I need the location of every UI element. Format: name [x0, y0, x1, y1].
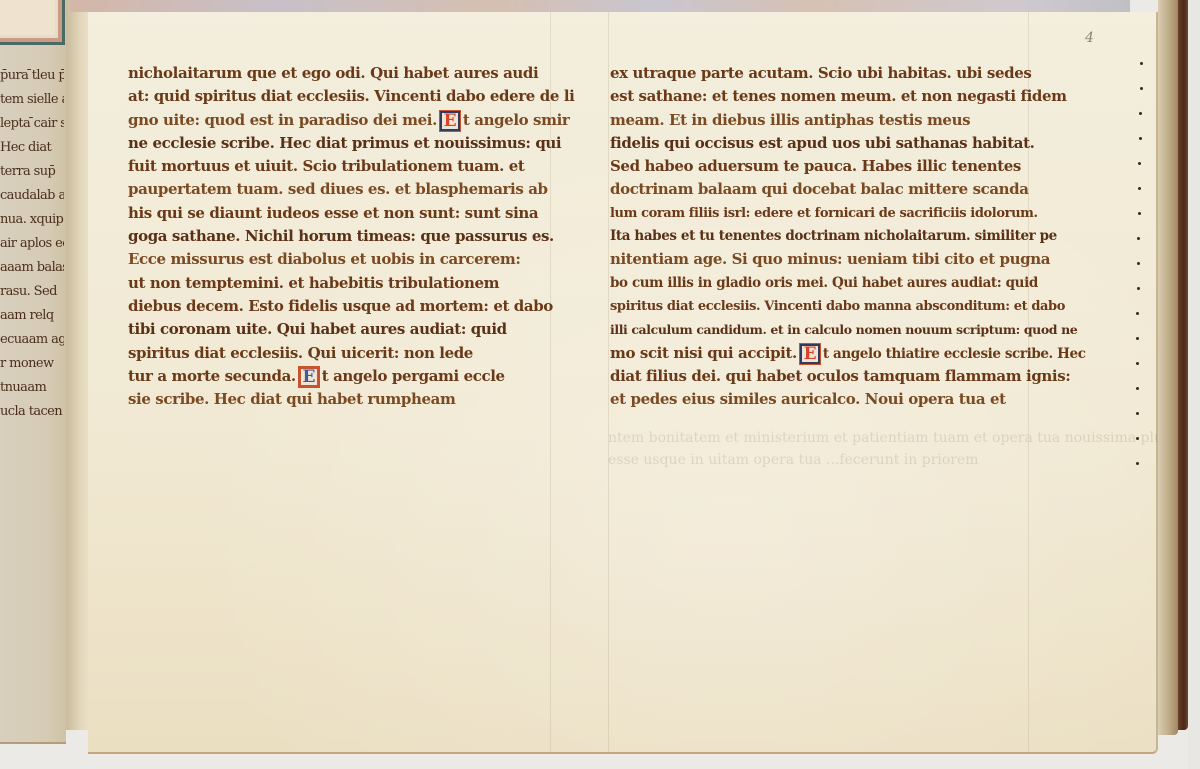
- pricking-hole: [1136, 412, 1139, 415]
- text-line: fidelis qui occisus est apud uos ubi sat…: [610, 132, 1030, 155]
- text-line: his qui se diaunt iudeos esse et non sun…: [128, 202, 568, 225]
- show-through-text: esse usque in uitam opera tua ...fecerun…: [608, 452, 979, 468]
- left-line: aaam balas: [0, 256, 64, 280]
- text-line: gno uite: quod est in paradiso dei mei.E…: [128, 109, 568, 132]
- text-line: est sathane: et tenes nomen meum. et non…: [610, 85, 1030, 108]
- text-column-b: ex utraque parte acutam. Scio ubi habita…: [610, 62, 1030, 411]
- left-line: tnuaam: [0, 376, 64, 400]
- text-line: nitentiam age. Si quo minus: ueniam tibi…: [610, 248, 1030, 271]
- text-line: Sed habeo aduersum te pauca. Habes illic…: [610, 155, 1030, 178]
- left-line: lepta ̄cair sue.: [0, 112, 64, 136]
- text-line: spiritus diat ecclesiis. Vincenti dabo m…: [610, 295, 1030, 318]
- pricking-hole: [1136, 337, 1139, 340]
- pricking-hole: [1140, 62, 1143, 65]
- text-line: ex utraque parte acutam. Scio ubi habita…: [610, 62, 1030, 85]
- pricking-hole: [1137, 287, 1140, 290]
- text-line: ne ecclesie scribe. Hec diat primus et n…: [128, 132, 568, 155]
- text-line: spiritus diat ecclesiis. Qui uicerit: no…: [128, 342, 568, 365]
- text-line-segment: tur a morte secunda.: [128, 367, 296, 385]
- leather-cover-edge: [1178, 0, 1188, 730]
- pricking-hole: [1138, 212, 1141, 215]
- pricking-hole: [1136, 462, 1139, 465]
- text-line: meam. Et in diebus illis antiphas testis…: [610, 109, 1030, 132]
- text-line: at: quid spiritus diat ecclesiis. Vincen…: [128, 85, 568, 108]
- left-line: ecuaam ag.: [0, 328, 64, 352]
- pricking-hole: [1138, 187, 1141, 190]
- text-line: ut non temptemini. et habebitis tribulat…: [128, 272, 568, 295]
- text-line-segment: t angelo pergami eccle: [322, 367, 505, 385]
- text-line: fuit mortuus et uiuit. Scio tribulatione…: [128, 155, 568, 178]
- text-line: diebus decem. Esto fidelis usque ad mort…: [128, 295, 568, 318]
- text-line: diat filius dei. qui habet oculos tamqua…: [610, 365, 1030, 388]
- text-line: bo cum illis in gladio oris mei. Qui hab…: [610, 272, 1030, 295]
- text-line: Ita habes et tu tenentes doctrinam nicho…: [610, 225, 1030, 248]
- text-line: lum coram filiis isrl: edere et fornicar…: [610, 202, 1030, 225]
- text-line: tibi coronam uite. Qui habet aures audia…: [128, 318, 568, 341]
- pricking-hole: [1136, 437, 1139, 440]
- leaf-edges-top: [70, 0, 1130, 12]
- left-line: nua. xquip: [0, 208, 64, 232]
- pricking-hole: [1138, 162, 1141, 165]
- book-gutter: [66, 0, 90, 730]
- text-line: doctrinam balaam qui docebat balac mitte…: [610, 178, 1030, 201]
- pricking-hole: [1140, 87, 1143, 90]
- text-line: goga sathane. Nichil horum timeas: que p…: [128, 225, 568, 248]
- left-page-illumination-corner: [0, 0, 65, 45]
- pricking-hole: [1139, 137, 1142, 140]
- pricking-hole: [1136, 312, 1139, 315]
- pricking-hole: [1136, 362, 1139, 365]
- left-page: p̄ura ̄tleu p̄ tem sielle au lepta ̄cair…: [0, 0, 66, 744]
- text-line-segment: gno uite: quod est in paradiso dei mei.: [128, 111, 437, 129]
- left-line: rasu. Sed: [0, 280, 64, 304]
- pricking-hole: [1137, 262, 1140, 265]
- left-line: Hec diat: [0, 136, 64, 160]
- left-line: ucla tacen: [0, 400, 64, 424]
- text-line: Ecce missurus est diabolus et uobis in c…: [128, 248, 568, 271]
- text-line: et pedes eius similes auricalco. Noui op…: [610, 388, 1030, 411]
- text-line-segment: t angelo thiatire ecclesie scribe. Hec: [823, 346, 1086, 362]
- left-line: tem sielle au: [0, 88, 64, 112]
- pricking-hole: [1137, 237, 1140, 240]
- text-column-a: nicholaitarum que et ego odi. Qui habet …: [128, 62, 568, 411]
- left-line: p̄ura ̄tleu p̄: [0, 64, 64, 88]
- left-line: terra sup̄: [0, 160, 64, 184]
- left-line: aam relq: [0, 304, 64, 328]
- text-line: illi calculum candidum. et in calculo no…: [610, 318, 1030, 341]
- decorated-initial-e: E: [799, 343, 821, 365]
- folio-number: 4: [1085, 30, 1094, 46]
- decorated-initial-e: E: [298, 366, 320, 388]
- text-line-segment: mo scit nisi qui accipit.: [610, 344, 797, 362]
- text-line-segment: t angelo smir: [463, 111, 569, 129]
- manuscript-spread: p̄ura ̄tleu p̄ tem sielle au lepta ̄cair…: [0, 0, 1200, 769]
- decorated-initial-e: E: [439, 110, 461, 132]
- left-line: air aplos ec.: [0, 232, 64, 256]
- pricking-hole: [1136, 387, 1139, 390]
- column-ruling-line: [608, 12, 609, 752]
- text-line: nicholaitarum que et ego odi. Qui habet …: [128, 62, 568, 85]
- left-page-text-fragment: p̄ura ̄tleu p̄ tem sielle au lepta ̄cair…: [0, 64, 64, 424]
- text-line: mo scit nisi qui accipit.Et angelo thiat…: [610, 342, 1030, 365]
- pricking-hole: [1139, 112, 1142, 115]
- text-line: tur a morte secunda.Et angelo pergami ec…: [128, 365, 568, 388]
- left-line: r monew: [0, 352, 64, 376]
- show-through-text: ntem bonitatem et ministerium et patient…: [608, 430, 1200, 446]
- text-line: paupertatem tuam. sed diues es. et blasp…: [128, 178, 568, 201]
- left-line: caudalab au: [0, 184, 64, 208]
- backdrop: [1188, 0, 1200, 769]
- page-block-edge: [1158, 0, 1178, 735]
- text-line: sie scribe. Hec diat qui habet rumpheam: [128, 388, 568, 411]
